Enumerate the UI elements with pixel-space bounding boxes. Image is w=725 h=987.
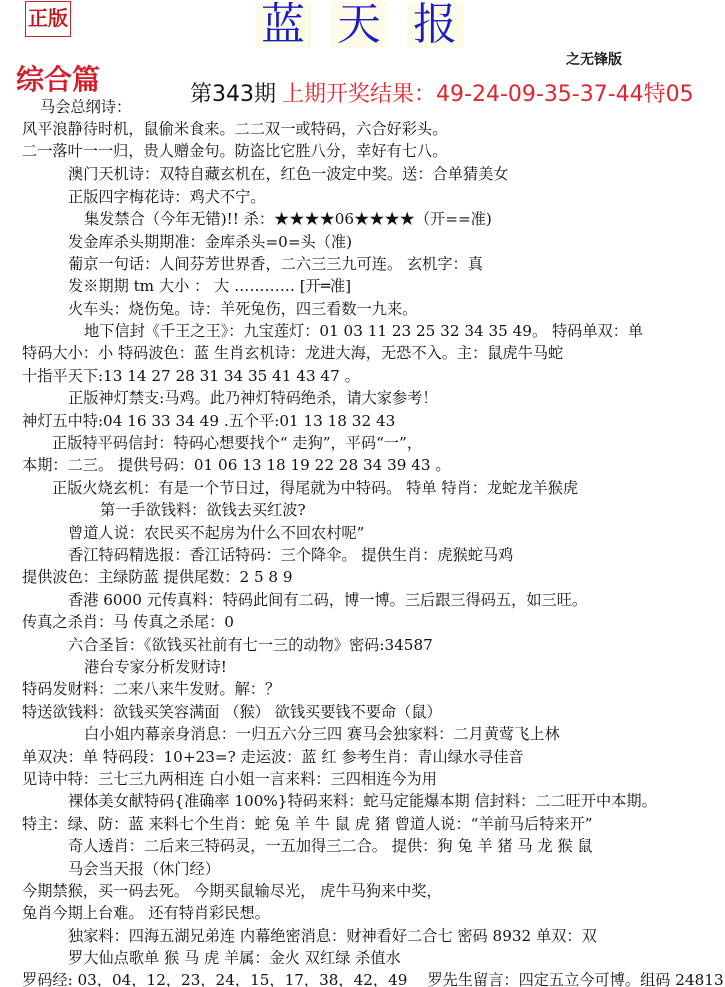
text-line: 曾道人说：农民买不起房为什么不回农村呢” (68, 522, 364, 544)
issue-line: 第343期上期开奖结果：49-24-09-35-37-44特05 (190, 77, 694, 108)
text-line: 二一落叶一一归，贵人赠金句。防盗比它胜八分，幸好有七八。 (22, 140, 447, 162)
text-line: 特码发财料：二来八来牛发财。解：？ (22, 678, 280, 700)
text-line: 地下信封《千王之王》：九宝莲灯：01 03 11 23 25 32 34 35 … (84, 320, 643, 342)
text-line: 特送欲钱料：欲钱买笑容满面 （猴） 欲钱买要钱不要命（鼠） (22, 701, 442, 723)
text-line: 集发禁合（今年无错)!! 杀：★★★★06★★★★（开==准) (84, 208, 492, 230)
text-line: 独家料：四海五湖兄弟连 内幕绝密消息：财神看好二合七 密码 8932 单双：双 (68, 925, 597, 947)
text-line: 六合圣旨：《欲钱买社前有七一三的动物》密码:34587 (68, 634, 433, 656)
text-line: 特码大小：小 特码波色：蓝 生肖玄机诗：龙进大海，无恐不入。主：鼠虎牛马蛇 (22, 342, 563, 364)
text-line: 传真之杀肖：马 传真之杀尾：0 (22, 611, 234, 633)
text-line: 香江特码精选报：香江话特码：三个降伞。 提供生肖：虎猴蛇马鸡 (68, 544, 513, 566)
text-line: 特主：绿、防：蓝 来料七个生肖：蛇 兔 羊 牛 鼠 虎 猪 曾道人说：“羊前马后… (22, 813, 593, 835)
last-result-label: 上期开奖结果： (282, 82, 436, 107)
edition-label: 之无锋版 (566, 49, 622, 69)
text-line: 裸体美女献特码{准确率 100%}特码来料：蛇马定能爆本期 信封料：二二旺开中本… (68, 790, 657, 812)
text-line: 罗码经: 03，04，12，23，24，15，17，38，42，49 罗先生留言… (22, 969, 725, 987)
text-line: 本期：二三。 提供号码：01 06 13 18 19 22 28 34 39 4… (22, 454, 451, 476)
text-line: 澳门天机诗：双特自藏玄机在，红色一波定中奖。送：合单猜美女 (68, 163, 508, 185)
text-line: 正版四字梅花诗：鸡犬不宁。 (68, 186, 265, 208)
text-line: 白小姐内幕亲身消息：一归五六分三四 赛马会独家料：二月黄莺飞上林 (84, 723, 560, 745)
text-line: 提供波色：主绿防蓝 提供尾数：2 5 8 9 (22, 566, 293, 588)
text-line: 兔肖今期上台难。 还有特肖彩民想。 (22, 902, 270, 924)
text-line: 正版神灯禁支:马鸡。此乃神灯特码绝杀，请大家参考！ (68, 387, 438, 409)
text-line: 马会总纲诗： (40, 96, 131, 118)
text-line: 马会当天报（休门经） (68, 858, 220, 880)
text-line: 火车头：烧伤兔。诗：羊死兔伤，四三看数一九来。 (68, 298, 417, 320)
masthead-char-1: 蓝 (255, 2, 311, 48)
text-line: 第一手欲钱料：欲钱去买红波? (100, 499, 306, 521)
text-line: 风平浪静待时机，鼠偷米食来。二二双一或特码，六合好彩头。 (22, 118, 447, 140)
text-line: 发金库杀头期期准：金库杀头=0=头（准) (68, 231, 352, 253)
issue-number: 第343期 (190, 82, 276, 107)
text-line: 神灯五中特:04 16 33 34 49 .五个平:01 13 18 32 43 (22, 410, 395, 432)
text-line: 正版特平码信封：特码心想要找个“ 走狗”，平码“一”， (52, 432, 422, 454)
masthead-char-3: 报 (407, 2, 463, 48)
masthead: 蓝 天 报 (255, 2, 463, 48)
text-line: 罗大仙点歌单 猴 马 虎 羊属：金火 双红绿 杀值水 (68, 947, 401, 969)
text-line: 正版火烧玄机：有是一个节日过，得尾就为中特码。 特单 特肖：龙蛇龙羊猴虎 (52, 477, 578, 499)
text-line: 今期禁猴，买一码去死。 今期买鼠输尽光， 虎牛马狗来中奖， (22, 880, 442, 902)
masthead-char-2: 天 (331, 2, 387, 48)
badge-zhengban: 正版 (25, 1, 71, 37)
text-line: 港台专家分析发财诗! (84, 656, 227, 678)
text-line: 单双决：单 特码段：10+23=? 走运波：蓝 红 参考生肖：青山绿水寻佳音 (22, 746, 524, 768)
section-title: 综合篇 (16, 58, 100, 98)
text-line: 葡京一句话：人间芬芳世界香，二六三三九可连。 玄机字：真 (68, 253, 483, 275)
text-line: 香港 6000 元传真料：特码此间有二码，博一博。三后跟三得码五，如三旺。 (68, 589, 587, 611)
last-result-numbers: 49-24-09-35-37-44特05 (436, 82, 694, 107)
text-line: 奇人透肖：二后来三特码灵，一五加得三二合。 提供：狗 兔 羊 猪 马 龙 猴 鼠 (68, 835, 593, 857)
text-line: 发※期期 tm 大小 ： 大 ………… [开═准] (68, 275, 351, 297)
text-line: 十指平天下:13 14 27 28 31 34 35 41 43 47 。 (22, 365, 360, 387)
text-line: 见诗中特：三七三九两相连 白小姐一言来料：三四相连今为用 (22, 768, 437, 790)
